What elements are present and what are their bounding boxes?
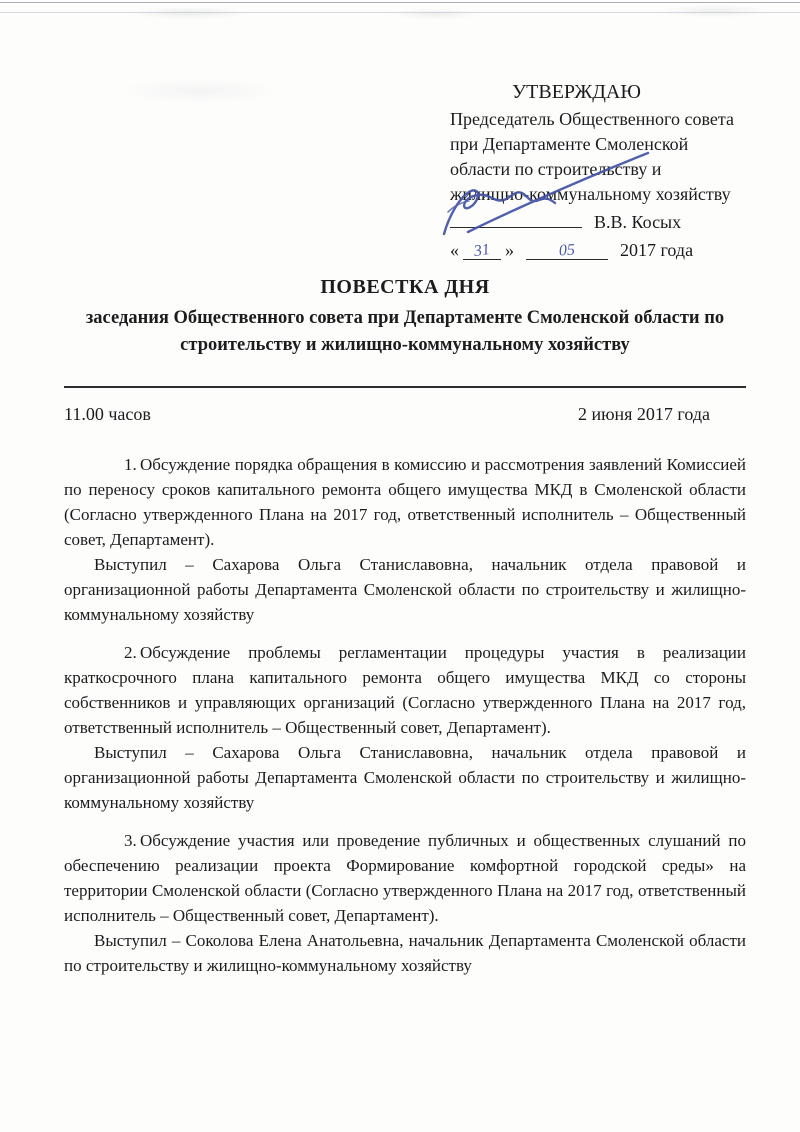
session-date: 2 июня 2017 года xyxy=(578,404,746,425)
agenda-item-number: 3. xyxy=(94,828,140,853)
agenda-item-speaker: Выступил – Сахарова Ольга Станиславовна,… xyxy=(64,740,746,815)
session-meta-row: 11.00 часов 2 июня 2017 года xyxy=(64,404,746,425)
agenda-item-topic: 2.Обсуждение проблемы регламентации проц… xyxy=(64,640,746,740)
session-time: 11.00 часов xyxy=(64,404,151,425)
scanned-document-page: УТВЕРЖДАЮ Председатель Общественного сов… xyxy=(0,0,800,1132)
document-subtitle-line: заседания Общественного совета при Депар… xyxy=(60,305,750,332)
scan-artifact-line xyxy=(0,2,800,3)
agenda-item-topic: 3.Обсуждение участия или проведение публ… xyxy=(64,828,746,928)
agenda-item-3: 3.Обсуждение участия или проведение публ… xyxy=(64,828,746,978)
scan-smudge xyxy=(120,78,280,104)
approval-line: области по строительству и xyxy=(450,157,752,182)
close-quote: » xyxy=(505,240,514,260)
agenda-item-topic-text: Обсуждение порядка обращения в комиссию … xyxy=(64,455,746,549)
agenda-item-topic-text: Обсуждение проблемы регламентации процед… xyxy=(64,643,746,737)
agenda-item-topic: 1.Обсуждение порядка обращения в комисси… xyxy=(64,452,746,552)
agenda-item-2: 2.Обсуждение проблемы регламентации проц… xyxy=(64,640,746,815)
approval-year: 2017 года xyxy=(620,240,693,260)
agenda-item-topic-text: Обсуждение участия или проведение публич… xyxy=(64,831,746,925)
approval-line: при Департаменте Смоленской xyxy=(450,132,752,157)
open-quote: « xyxy=(450,240,459,260)
document-subtitle-line: строительству и жилищно-коммунальному хо… xyxy=(60,332,750,359)
signature-row: В.В. Косых xyxy=(450,207,752,235)
agenda-item-1: 1.Обсуждение порядка обращения в комисси… xyxy=(64,452,746,627)
handwritten-month: 05 xyxy=(526,239,608,260)
agenda-item-number: 2. xyxy=(94,640,140,665)
approval-line: жилищно-коммунальному хозяйству xyxy=(450,182,752,207)
scan-smudge xyxy=(130,6,250,20)
agenda-item-speaker: Выступил – Соколова Елена Анатольевна, н… xyxy=(64,928,746,978)
document-title-block: ПОВЕСТКА ДНЯ заседания Общественного сов… xyxy=(60,276,750,359)
agenda-item-speaker: Выступил – Сахарова Ольга Станиславовна,… xyxy=(64,552,746,627)
scan-smudge xyxy=(390,8,480,20)
approval-line: Председатель Общественного совета xyxy=(450,107,752,132)
document-title: ПОВЕСТКА ДНЯ xyxy=(60,276,750,299)
approval-date-row: «31»052017 года xyxy=(450,238,752,263)
approval-heading: УТВЕРЖДАЮ xyxy=(450,80,752,105)
handwritten-day: 31 xyxy=(463,239,501,260)
scan-smudge xyxy=(660,4,770,18)
signature-line xyxy=(450,207,582,228)
horizontal-rule xyxy=(64,386,746,388)
approval-block: УТВЕРЖДАЮ Председатель Общественного сов… xyxy=(450,80,752,263)
signatory-name: В.В. Косых xyxy=(594,212,681,232)
agenda-item-number: 1. xyxy=(94,452,140,477)
scan-artifact-line xyxy=(0,12,800,13)
agenda-body: 1.Обсуждение порядка обращения в комисси… xyxy=(64,452,746,991)
